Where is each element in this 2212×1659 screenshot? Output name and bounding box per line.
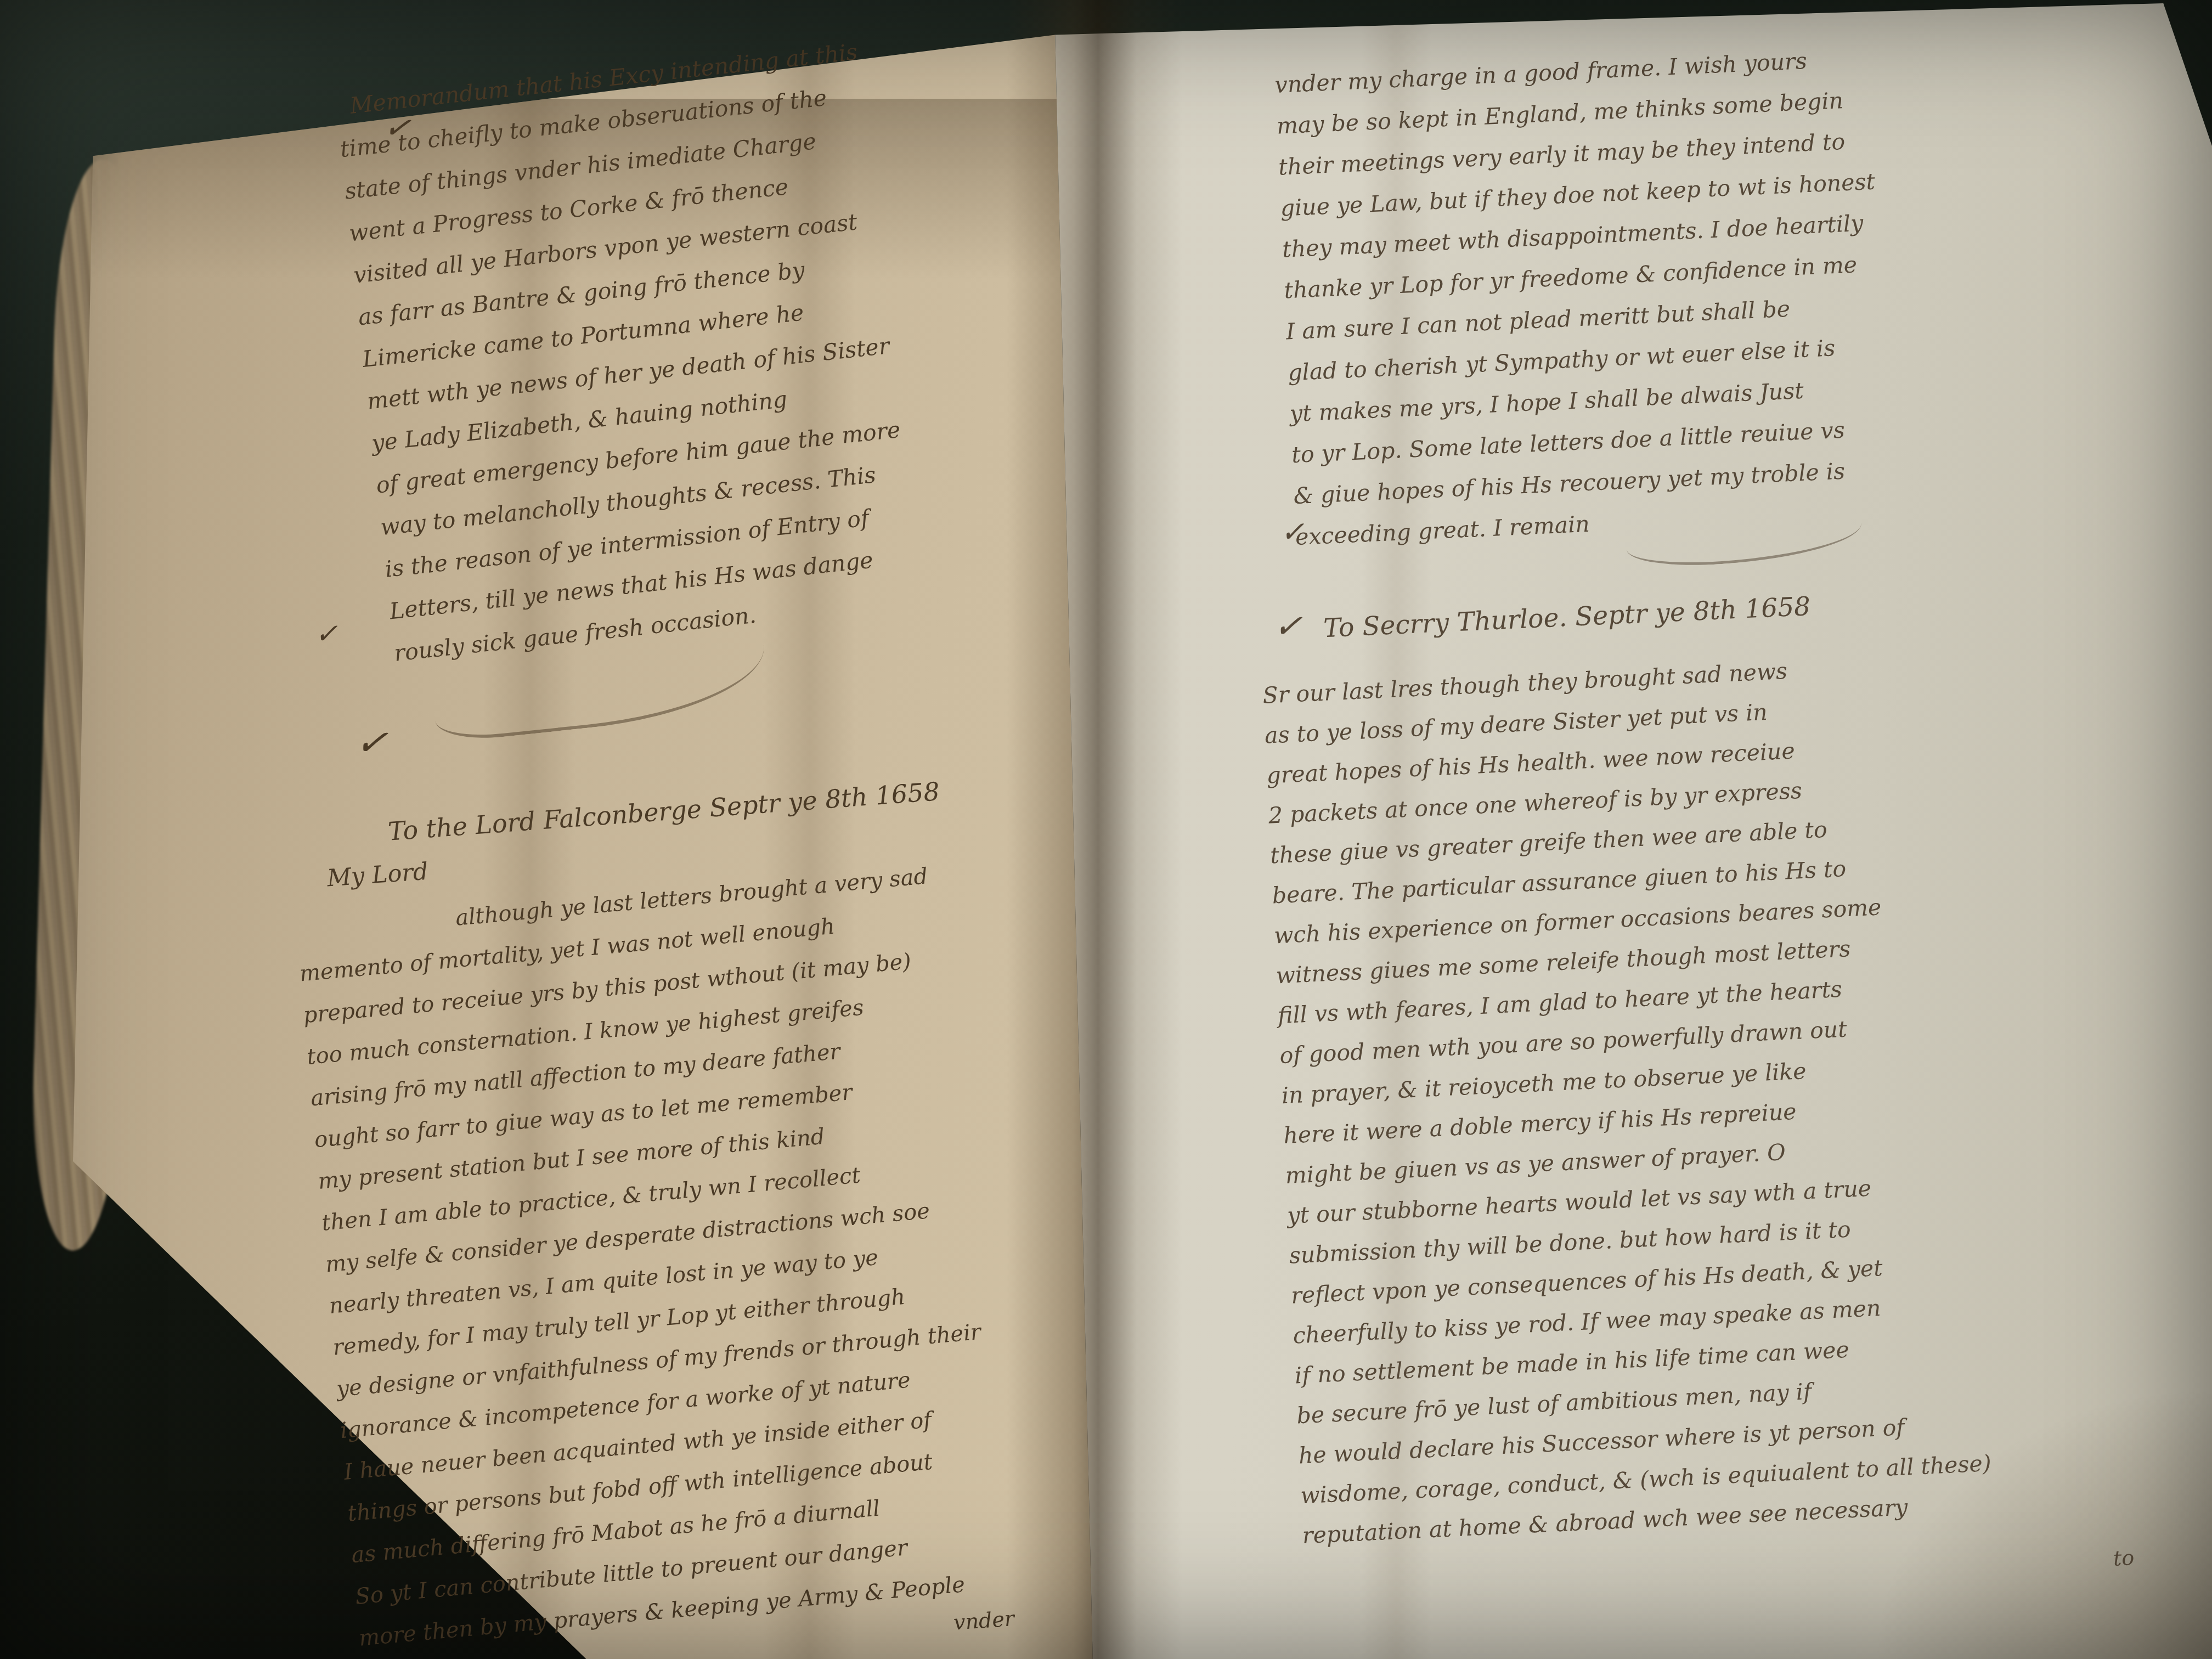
catchword: vnder [953, 1606, 1015, 1635]
photograph-of-open-manuscript-book: ✓ Memorandum that his Excy intending at … [0, 0, 2212, 1659]
memorandum-block: Memorandum that his Excy intending at th… [334, 0, 1215, 675]
check-mark: ✓ [315, 618, 338, 650]
check-mark: ✓ [353, 718, 390, 766]
thurloe-letter-body: Sr our last lres though they brought sad… [1262, 631, 2212, 1556]
check-mark: ✓ [1280, 516, 1305, 549]
check-mark: ✓ [1273, 605, 1304, 646]
falconberge-letter-continuation: vnder my charge in a good frame. I wish … [1274, 22, 2212, 558]
falconberge-letter-body: although ye last letters brought a very … [294, 835, 1224, 1659]
catchword: to [2113, 1545, 2135, 1570]
